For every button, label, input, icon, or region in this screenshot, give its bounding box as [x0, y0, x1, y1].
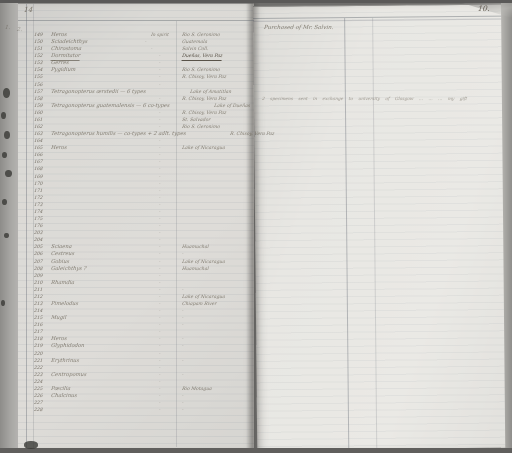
locality-entry: · — [182, 393, 254, 400]
locality-entry-text: Lake of Amatitlan — [189, 89, 231, 96]
row-number-text: 169 — [34, 174, 44, 181]
locality-entry-text: · — [182, 287, 184, 294]
method-entry: · — [138, 407, 182, 414]
species-name — [51, 421, 138, 428]
method-entry: · — [138, 174, 182, 181]
row-number: 223 — [34, 372, 51, 379]
row-number: 169 — [34, 174, 51, 181]
species-name-text: Tetragonopterus humilis — co-types + 2 a… — [51, 131, 187, 138]
method-entry-text: · — [159, 174, 161, 181]
row-number: 155 — [34, 74, 51, 81]
row-number: 221 — [34, 358, 51, 365]
locality-entry: Lake of Amatitlan — [190, 89, 262, 96]
species-name: Pimelodus — [51, 301, 138, 308]
method-entry-text: · — [159, 365, 161, 372]
right-column-rule-2 — [372, 18, 377, 448]
method-entry: · — [138, 379, 182, 386]
right-folio-number: 10. — [477, 4, 490, 13]
locality-entry: Rio Motagua — [182, 386, 254, 393]
row-number: 159 — [34, 103, 51, 110]
locality-entry-text: · — [182, 372, 184, 379]
species-name: Erythrinus — [51, 358, 138, 365]
row-number — [34, 421, 51, 428]
locality-entry-text: R. Chisoy, Vera Paz — [182, 74, 227, 81]
method-entry: · — [138, 386, 182, 393]
species-name: Heros — [51, 145, 138, 152]
locality-entry: R. Chisoy, Vera Paz — [182, 96, 254, 103]
method-entry: · — [138, 117, 182, 124]
method-entry-text: · — [159, 82, 161, 89]
species-name: Pœcilia — [51, 386, 138, 393]
species-name-text: Centropomus — [51, 372, 87, 379]
right-column-rule-1 — [344, 18, 349, 448]
method-entry: · — [138, 188, 182, 195]
method-entry: · — [138, 259, 182, 266]
margin-mark-1: 1. — [5, 25, 11, 31]
species-name-text: Glyphidodon — [51, 343, 85, 350]
row-number — [34, 428, 51, 435]
species-name-text: Erythrinus — [51, 358, 80, 365]
row-number: 160 — [34, 110, 51, 117]
purchase-header-note: Purchased of Mr. Salvin. — [264, 25, 334, 31]
species-name: Tetragonopterus œrstedii — 6 types — [51, 89, 146, 96]
locality-entry-text: Dueñas, Vera Paz — [182, 53, 223, 61]
method-entry-text: · — [159, 188, 161, 195]
method-entry-text: · — [159, 294, 161, 301]
row-number: 173 — [34, 202, 51, 209]
row-number-text: 211 — [34, 287, 44, 294]
row-number-text: 159 — [34, 103, 44, 110]
method-entry-text: · — [159, 266, 161, 273]
species-name-text: Tetragonopterus guatemalensis — 6 co-typ… — [51, 103, 170, 110]
locality-entry-text: · — [182, 322, 184, 329]
row-number-text: 173 — [34, 202, 44, 209]
locality-entry-text: R. Chisoy, Vera Paz — [182, 110, 227, 117]
species-name — [51, 82, 138, 89]
method-entry: · — [138, 82, 182, 89]
method-entry-text: · — [159, 202, 161, 209]
row-number: 212 — [34, 294, 51, 301]
method-entry: · — [138, 181, 182, 188]
species-name — [51, 216, 138, 223]
edge-blotch — [5, 170, 12, 177]
species-name: Pygidium — [51, 67, 138, 74]
row-number-text: 213 — [34, 301, 44, 308]
species-name-text: Rhamdia — [51, 280, 75, 287]
method-entry: · — [138, 280, 182, 287]
locality-entry: · — [182, 287, 254, 294]
species-name — [51, 230, 138, 237]
locality-entry: Huamuchal — [182, 244, 254, 251]
row-number-text: 161 — [34, 117, 44, 124]
row-number-text: 226 — [34, 393, 44, 400]
edge-blotch — [3, 88, 10, 98]
locality-entry-text: R. Chisoy, Vera Paz — [230, 131, 275, 138]
row-number: 168 — [34, 166, 51, 173]
locality-entry: · — [182, 407, 254, 414]
locality-entry: · — [182, 358, 254, 365]
locality-entry: Guatemala — [168, 39, 254, 46]
row-number: 228 — [34, 407, 51, 414]
species-name: Mugil — [51, 315, 138, 322]
method-entry-text: · — [145, 39, 147, 46]
method-entry-text: · — [159, 393, 161, 400]
species-name — [51, 174, 138, 181]
method-entry: · — [138, 294, 182, 301]
row-number: 174 — [34, 209, 51, 216]
row-number-text: 224 — [34, 379, 44, 386]
locality-entry: Lake of Nicaragua — [182, 294, 254, 301]
species-name-text: Pygidium — [51, 67, 77, 74]
locality-entry-text: Lake of Dueñas — [213, 103, 250, 110]
row-number — [34, 414, 51, 421]
edge-blotch — [1, 300, 5, 306]
locality-entry: · — [182, 372, 254, 379]
locality-entry — [182, 223, 254, 230]
locality-entry-text: Lake of Nicaragua — [182, 259, 226, 266]
species-name: Tetragonopterus guatemalensis — 6 co-typ… — [51, 103, 170, 110]
row-number: 225 — [34, 386, 51, 393]
method-entry: · — [138, 287, 182, 294]
locality-entry — [182, 421, 254, 428]
locality-entry: Chiapam River — [182, 301, 254, 308]
scan-left-edge — [0, 0, 18, 453]
method-entry — [146, 89, 190, 96]
method-entry-text: · — [159, 351, 161, 358]
species-name — [51, 188, 138, 195]
register-right-page — [253, 4, 505, 450]
species-name: Glyphidodon — [51, 343, 138, 350]
method-entry-text: · — [159, 251, 161, 258]
locality-entry — [182, 159, 254, 166]
locality-entry-text: Chiapam River — [182, 301, 217, 308]
locality-entry — [182, 379, 254, 386]
left-folio-number: 14 — [24, 6, 34, 14]
method-entry-text: · — [159, 386, 161, 393]
row-number: 156 — [34, 82, 51, 89]
method-entry-text: · — [159, 166, 161, 173]
method-entry-text: · — [159, 287, 161, 294]
method-entry-text: · — [159, 301, 161, 308]
method-entry: · — [138, 365, 182, 372]
method-entry-text: In spirit — [151, 32, 170, 39]
species-name-text: Pœcilia — [51, 386, 71, 393]
locality-entry: · — [182, 322, 254, 329]
row-number: 208 — [34, 266, 51, 273]
method-entry: · — [138, 343, 182, 350]
species-name-text: Mugil — [51, 315, 67, 322]
method-entry: · — [138, 301, 182, 308]
method-entry: · — [138, 266, 182, 273]
row-number: 209 — [34, 273, 51, 280]
edge-blotch — [1, 112, 6, 119]
method-entry: · — [138, 74, 182, 81]
method-entry-text: · — [159, 209, 161, 216]
locality-entry: · — [182, 400, 254, 407]
locality-entry: St. Salvador — [182, 117, 254, 124]
right-header-rule-lower — [253, 19, 501, 22]
method-entry: · — [138, 96, 182, 103]
species-name — [51, 181, 138, 188]
locality-entry — [182, 82, 254, 89]
locality-entry — [182, 273, 254, 280]
method-entry-text: · — [151, 46, 153, 53]
method-entry-text: · — [159, 259, 161, 266]
species-name — [51, 428, 138, 435]
method-entry — [138, 421, 182, 428]
method-entry — [186, 131, 230, 138]
species-name — [51, 152, 138, 159]
locality-entry-text: · — [182, 251, 184, 258]
method-entry-text: · — [159, 96, 161, 103]
row-number-text: 160 — [34, 110, 44, 117]
species-name: Rhamdia — [51, 280, 138, 287]
species-name — [51, 96, 138, 103]
species-name: Gobius — [51, 259, 138, 266]
species-name — [51, 74, 138, 81]
method-entry: · — [138, 209, 182, 216]
method-entry-text: · — [159, 195, 161, 202]
method-entry-text: · — [159, 273, 161, 280]
method-entry-text: · — [159, 181, 161, 188]
row-number-text: 156 — [34, 82, 44, 89]
row-number: 226 — [34, 393, 51, 400]
locality-entry-text: Lake of Nicaragua — [182, 294, 226, 301]
locality-entry — [182, 428, 254, 435]
row-number: 171 — [34, 188, 51, 195]
row-number-text: 222 — [34, 365, 44, 372]
left-header-rule — [18, 20, 254, 21]
method-entry: · — [130, 46, 174, 53]
method-entry: · — [138, 251, 182, 258]
method-entry-text: · — [159, 280, 161, 287]
row-number-text: 228 — [34, 407, 44, 414]
method-entry: · — [138, 393, 182, 400]
row-number-text: 157 — [34, 89, 44, 96]
bottom-left-blotch — [24, 441, 38, 449]
locality-entry — [182, 166, 254, 173]
locality-entry — [182, 216, 254, 223]
row-number: 170 — [34, 181, 51, 188]
locality-entry-text: Rio S. Geronimo — [182, 124, 221, 131]
edge-blotch — [4, 233, 9, 238]
species-name — [51, 195, 138, 202]
locality-entry: · — [182, 308, 254, 315]
locality-entry — [182, 152, 254, 159]
method-entry: · — [138, 202, 182, 209]
row-folio-spacer — [18, 423, 34, 432]
row-number: 206 — [34, 251, 51, 258]
species-name-text: Galeichthys ? — [51, 266, 87, 273]
locality-entry-text: · — [182, 343, 184, 350]
exchange-annotation: 2 specimens sent in exchange to universi… — [262, 97, 499, 102]
locality-entry-text: Huamuchal — [182, 266, 210, 273]
locality-entry-text: St. Salvador — [182, 117, 211, 124]
method-entry: · — [138, 372, 182, 379]
locality-entry — [182, 181, 254, 188]
locality-entry: Lake of Dueñas — [214, 103, 286, 110]
method-entry-text: · — [159, 343, 161, 350]
row-number-text: 207 — [34, 259, 44, 266]
row-number-text: 209 — [34, 273, 44, 280]
species-name — [51, 209, 138, 216]
locality-entry-text: · — [182, 358, 184, 365]
species-name — [51, 159, 138, 166]
method-entry-text: · — [159, 358, 161, 365]
row-number-text: 212 — [34, 294, 44, 301]
species-name — [51, 351, 138, 358]
species-name: Cestreus — [51, 251, 138, 258]
locality-entry — [182, 209, 254, 216]
row-number-text: 206 — [34, 251, 44, 258]
locality-entry-text: Rio Motagua — [182, 386, 213, 393]
row-number-text: 210 — [34, 280, 44, 287]
species-name — [51, 294, 138, 301]
locality-entry — [182, 280, 254, 287]
row-number-text: 168 — [34, 166, 44, 173]
species-name — [51, 407, 138, 414]
locality-entry — [182, 174, 254, 181]
species-name — [51, 202, 138, 209]
row-number-text: 221 — [34, 358, 44, 365]
row-number-text: 174 — [34, 209, 44, 216]
species-name — [51, 223, 138, 230]
locality-entry-text: · — [182, 393, 184, 400]
row-number-text: 171 — [34, 188, 44, 195]
species-name — [51, 414, 138, 421]
method-entry-text: · — [159, 110, 161, 117]
row-number: 220 — [34, 351, 51, 358]
locality-entry: Huamuchal — [182, 266, 254, 273]
method-entry: · — [138, 351, 182, 358]
method-entry: · — [138, 195, 182, 202]
locality-entry — [182, 202, 254, 209]
locality-entry: Lake of Nicaragua — [182, 259, 254, 266]
method-entry-text: · — [159, 74, 161, 81]
species-name — [51, 110, 138, 117]
method-entry: · — [124, 39, 168, 46]
method-entry: · — [138, 166, 182, 173]
species-name — [51, 273, 138, 280]
locality-entry — [182, 195, 254, 202]
method-entry: · — [138, 273, 182, 280]
row-number: 224 — [34, 379, 51, 386]
locality-entry: R. Chisoy, Vera Paz — [182, 74, 254, 81]
method-entry: · — [138, 358, 182, 365]
species-name — [51, 166, 138, 173]
row-number-text: 172 — [34, 195, 44, 202]
row-number: 172 — [34, 195, 51, 202]
species-name: Tetragonopterus humilis — co-types + 2 a… — [51, 131, 186, 138]
row-number-text: 158 — [34, 96, 44, 103]
species-name-text: Tetragonopterus œrstedii — 6 types — [51, 89, 147, 96]
row-number: 157 — [34, 89, 51, 96]
method-entry-text: · — [159, 117, 161, 124]
method-entry — [138, 414, 182, 421]
register-scan: 14 10. 1. 2. Purchased of Mr. Salvin. 2 … — [0, 0, 512, 453]
species-name-text: Cestreus — [51, 251, 75, 258]
method-entry — [138, 428, 182, 435]
species-name-text: Chalcinus — [51, 393, 78, 400]
species-name — [51, 287, 138, 294]
species-name — [51, 322, 138, 329]
row-number: 211 — [34, 287, 51, 294]
species-name — [51, 400, 138, 407]
locality-entry — [182, 329, 254, 336]
locality-entry: Lake of Nicaragua — [182, 145, 254, 152]
locality-entry: · — [182, 251, 254, 258]
species-name — [51, 379, 138, 386]
method-entry-text: · — [159, 379, 161, 386]
locality-entry: · — [182, 343, 254, 350]
locality-entry-text: Huamuchal — [182, 244, 210, 251]
locality-entry — [182, 188, 254, 195]
row-number-text: 170 — [34, 181, 44, 188]
locality-entry-text: Lake of Nicaragua — [182, 145, 226, 152]
method-entry-text: · — [159, 407, 161, 414]
locality-entry — [182, 365, 254, 372]
row-number-text: 225 — [34, 386, 44, 393]
row-number-text: 155 — [34, 74, 44, 81]
species-name: Centropomus — [51, 372, 138, 379]
species-name-text: Gobius — [51, 259, 70, 266]
locality-entry — [182, 414, 254, 421]
scan-bottom-edge — [0, 448, 512, 453]
locality-entry: R. Chisoy, Vera Paz — [230, 131, 302, 138]
locality-entry: · — [182, 336, 254, 343]
edge-blotch — [2, 199, 7, 205]
method-entry — [170, 103, 214, 110]
species-name — [51, 117, 138, 124]
edge-blotch — [4, 131, 10, 139]
species-name — [51, 365, 138, 372]
row-number-text: 220 — [34, 351, 44, 358]
edge-blotch — [2, 152, 7, 158]
locality-entry: R. Chisoy, Vera Paz — [182, 110, 254, 117]
locality-entry-text: · — [182, 407, 184, 414]
row-number: 158 — [34, 96, 51, 103]
table-row: 149HerosIn spiritRio S. Geronimo — [18, 27, 254, 34]
row-number-text: 219 — [34, 343, 44, 350]
row-number: 219 — [34, 343, 51, 350]
locality-entry — [182, 351, 254, 358]
locality-entry: · — [182, 315, 254, 322]
species-name-text: Heros — [51, 145, 68, 152]
method-entry: · — [138, 110, 182, 117]
register-rows: 149HerosIn spiritRio S. Geronimo150Sciad… — [18, 27, 254, 430]
row-number: 210 — [34, 280, 51, 287]
row-number: 222 — [34, 365, 51, 372]
row-number-text: 223 — [34, 372, 44, 379]
row-number-text: 208 — [34, 266, 44, 273]
locality-entry-text: R. Chisoy, Vera Paz — [182, 96, 227, 103]
species-name-text: Pimelodus — [51, 301, 79, 308]
row-number: 213 — [34, 301, 51, 308]
row-number: 207 — [34, 259, 51, 266]
species-name: Galeichthys ? — [51, 266, 138, 273]
locality-entry — [182, 230, 254, 237]
method-entry-text: · — [159, 372, 161, 379]
row-number: 161 — [34, 117, 51, 124]
species-name: Chalcinus — [51, 393, 138, 400]
